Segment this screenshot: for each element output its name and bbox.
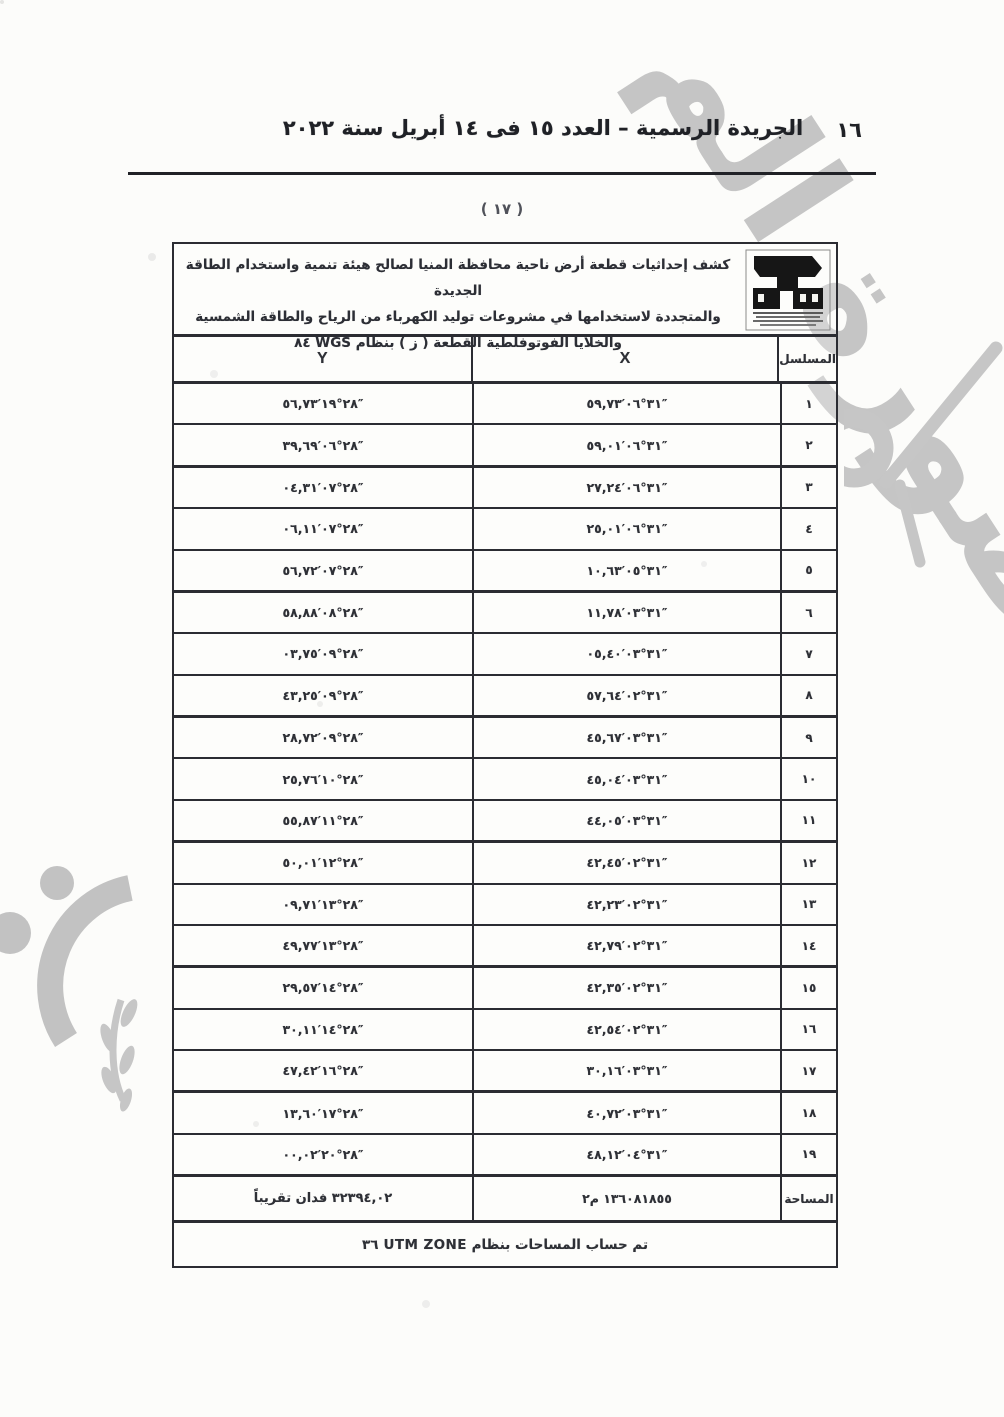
gazette-title: الجريدة الرسمية – العدد ١٥ فى ١٤ أبريل س… <box>210 116 876 140</box>
x-coordinate-cell: ٣١°٠٢′٤٢,٤٥″ <box>472 843 782 882</box>
y-coordinate-cell: ٢٨°٢٠′٠٠,٠٢″ <box>174 1135 472 1174</box>
serial-cell: ٨ <box>782 676 836 715</box>
serial-cell: ٤ <box>782 509 836 548</box>
y-coordinate-cell: ٢٨°١٩′٥٦,٧٣″ <box>174 384 472 423</box>
utm-note: تم حساب المساحات بنظام UTM ZONE ٣٦ <box>174 1220 836 1266</box>
table-row: ٢٨°١٢′٥٠,٠١″ ٣١°٠٢′٤٢,٤٥″ ١٢ <box>174 840 836 882</box>
table-body: ٢٨°١٩′٥٦,٧٣″ ٣١°٠٦′٥٩,٧٣″ ١ ٢٨°٠٦′٣٩,٦٩″… <box>174 384 836 1174</box>
x-coordinate-cell: ٣١°٠٢′٤٢,٣٥″ <box>472 968 782 1007</box>
table-row: ٢٨°١٣′٠٩,٧١″ ٣١°٠٢′٤٢,٢٣″ ١٣ <box>174 883 836 924</box>
table-row: ٢٨°١٧′١٣,٦٠″ ٣١°٠٣′٤٠,٧٢″ ١٨ <box>174 1090 836 1132</box>
y-coordinate-cell: ٢٨°١٧′١٣,٦٠″ <box>174 1093 472 1132</box>
serial-cell: ١٠ <box>782 759 836 798</box>
table-row: ٢٨°٠٧′٠٤,٣١″ ٣١°٠٦′٢٧,٢٤″ ٣ <box>174 465 836 507</box>
table-row: ٢٨°٠٨′٥٨,٨٨″ ٣١°٠٣′١١,٧٨″ ٦ <box>174 590 836 632</box>
serial-cell: ١٦ <box>782 1010 836 1049</box>
table-row: ٢٨°١٠′٢٥,٧٦″ ٣١°٠٣′٤٥,٠٤″ ١٠ <box>174 757 836 798</box>
table-title-line: كشف إحداثيات قطعة أرض ناحية محافظة المني… <box>180 252 736 304</box>
serial-cell: ١٨ <box>782 1093 836 1132</box>
table-row: ٢٨°٠٦′٣٩,٦٩″ ٣١°٠٦′٥٩,٠١″ ٢ <box>174 423 836 464</box>
x-coordinate-cell: ٣١°٠٣′٤٠,٧٢″ <box>472 1093 782 1132</box>
serial-cell: ٣ <box>782 468 836 507</box>
x-coordinate-cell: ٣١°٠٢′٤٢,٥٤″ <box>472 1010 782 1049</box>
x-coordinate-cell: ٣١°٠٤′٤٨,١٢″ <box>472 1135 782 1174</box>
table-row: ٢٨°٠٩′٢٨,٧٢″ ٣١°٠٣′٤٥,٦٧″ ٩ <box>174 715 836 757</box>
table-title-line: والخلايا الفوتوفلطية القطعة ( ز ) بنظام … <box>180 330 736 356</box>
header-divider-rule <box>128 172 876 175</box>
x-coordinate-cell: ٣١°٠٣′٤٥,٦٧″ <box>472 718 782 757</box>
x-coordinate-cell: ٣١°٠٦′٢٧,٢٤″ <box>472 468 782 507</box>
y-coordinate-cell: ٢٨°١٢′٥٠,٠١″ <box>174 843 472 882</box>
x-coordinate-cell: ٣١°٠٢′٤٢,٧٩″ <box>472 926 782 965</box>
x-coordinate-cell: ٣١°٠٦′٥٩,٠١″ <box>472 425 782 464</box>
y-coordinate-cell: ٢٨°٠٩′٠٣,٧٥″ <box>174 634 472 673</box>
serial-cell: ٥ <box>782 551 836 590</box>
serial-cell: ١٣ <box>782 885 836 924</box>
table-row: ٢٨°٢٠′٠٠,٠٢″ ٣١°٠٤′٤٨,١٢″ ١٩ <box>174 1133 836 1174</box>
x-coordinate-cell: ٣١°٠٥′١٠,٦٣″ <box>472 551 782 590</box>
area-sqm-value: ١٣٦٠٨١٨٥٥ م٢ <box>472 1177 782 1220</box>
serial-cell: ١١ <box>782 801 836 840</box>
x-coordinate-cell: ٣١°٠٢′٥٧,٦٤″ <box>472 676 782 715</box>
page-number: ١٦ <box>836 118 862 142</box>
area-row: ٣٢٣٩٤,٠٢ فدان تقريباً ١٣٦٠٨١٨٥٥ م٢ المسا… <box>174 1174 836 1220</box>
table-row: ٢٨°٠٩′٠٣,٧٥″ ٣١°٠٣′٠٥,٤٠″ ٧ <box>174 632 836 673</box>
page-header: الجريدة الرسمية – العدد ١٥ فى ١٤ أبريل س… <box>210 116 876 160</box>
y-coordinate-cell: ٢٨°٠٩′٤٣,٢٥″ <box>174 676 472 715</box>
serial-cell: ٦ <box>782 593 836 632</box>
x-coordinate-cell: ٣١°٠٣′٠٥,٤٠″ <box>472 634 782 673</box>
x-coordinate-cell: ٣١°٠٣′٣٠,١٦″ <box>472 1051 782 1090</box>
table-row: ٢٨°٠٧′٥٦,٧٢″ ٣١°٠٥′١٠,٦٣″ ٥ <box>174 549 836 590</box>
serial-cell: ١٩ <box>782 1135 836 1174</box>
serial-cell: ٩ <box>782 718 836 757</box>
serial-cell: ٧ <box>782 634 836 673</box>
y-coordinate-cell: ٢٨°٠٧′٥٦,٧٢″ <box>174 551 472 590</box>
section-marker: ( ١٧ ) <box>0 200 1004 218</box>
serial-cell: ١ <box>782 384 836 423</box>
scan-noise-specks <box>0 0 4 4</box>
authority-stamp-icon <box>744 248 832 332</box>
y-coordinate-cell: ٢٨°١٣′٤٩,٧٧″ <box>174 926 472 965</box>
x-coordinate-cell: ٣١°٠٢′٤٢,٢٣″ <box>472 885 782 924</box>
y-coordinate-cell: ٢٨°١٣′٠٩,٧١″ <box>174 885 472 924</box>
table-row: ٢٨°٠٩′٤٣,٢٥″ ٣١°٠٢′٥٧,٦٤″ ٨ <box>174 674 836 715</box>
table-title-line: والمتجددة لاستخدامها في مشروعات توليد ال… <box>180 304 736 330</box>
watermark-partial-glyph <box>844 330 1004 570</box>
table-row: ٢٨°١١′٥٥,٨٧″ ٣١°٠٣′٤٤,٠٥″ ١١ <box>174 799 836 840</box>
x-coordinate-cell: ٣١°٠٦′٢٥,٠١″ <box>472 509 782 548</box>
y-coordinate-cell: ٢٨°٠٦′٣٩,٦٩″ <box>174 425 472 464</box>
table-row: ٢٨°١٤′٢٩,٥٧″ ٣١°٠٢′٤٢,٣٥″ ١٥ <box>174 965 836 1007</box>
serial-cell: ٢ <box>782 425 836 464</box>
y-coordinate-cell: ٢٨°٠٨′٥٨,٨٨″ <box>174 593 472 632</box>
table-row: ٢٨°١٤′٣٠,١١″ ٣١°٠٢′٤٢,٥٤″ ١٦ <box>174 1008 836 1049</box>
y-coordinate-cell: ٢٨°٠٧′٠٤,٣١″ <box>174 468 472 507</box>
y-coordinate-cell: ٢٨°١٤′٣٠,١١″ <box>174 1010 472 1049</box>
coordinates-table: كشف إحداثيات قطعة أرض ناحية محافظة المني… <box>172 242 838 1268</box>
y-coordinate-cell: ٢٨°١١′٥٥,٨٧″ <box>174 801 472 840</box>
table-row: ٢٨°١٣′٤٩,٧٧″ ٣١°٠٢′٤٢,٧٩″ ١٤ <box>174 924 836 965</box>
serial-cell: ١٤ <box>782 926 836 965</box>
watermark-emblem-fragment <box>0 828 200 1208</box>
serial-cell: ١٢ <box>782 843 836 882</box>
table-title-block: كشف إحداثيات قطعة أرض ناحية محافظة المني… <box>174 244 836 337</box>
table-row: ٢٨°١٩′٥٦,٧٣″ ٣١°٠٦′٥٩,٧٣″ ١ <box>174 384 836 423</box>
x-coordinate-cell: ٣١°٠٣′٤٥,٠٤″ <box>472 759 782 798</box>
y-coordinate-cell: ٢٨°١٦′٤٧,٤٢″ <box>174 1051 472 1090</box>
x-coordinate-cell: ٣١°٠٣′١١,٧٨″ <box>472 593 782 632</box>
y-coordinate-cell: ٢٨°١٠′٢٥,٧٦″ <box>174 759 472 798</box>
table-title: كشف إحداثيات قطعة أرض ناحية محافظة المني… <box>180 252 736 356</box>
area-label: المساحة <box>782 1177 836 1220</box>
y-coordinate-cell: ٢٨°٠٧′٠٦,١١″ <box>174 509 472 548</box>
area-feddan-value: ٣٢٣٩٤,٠٢ فدان تقريباً <box>174 1177 472 1220</box>
y-coordinate-cell: ٢٨°١٤′٢٩,٥٧″ <box>174 968 472 1007</box>
column-header-serial: المسلسل <box>779 337 836 381</box>
x-coordinate-cell: ٣١°٠٦′٥٩,٧٣″ <box>472 384 782 423</box>
x-coordinate-cell: ٣١°٠٣′٤٤,٠٥″ <box>472 801 782 840</box>
table-row: ٢٨°٠٧′٠٦,١١″ ٣١°٠٦′٢٥,٠١″ ٤ <box>174 507 836 548</box>
serial-cell: ١٧ <box>782 1051 836 1090</box>
serial-cell: ١٥ <box>782 968 836 1007</box>
y-coordinate-cell: ٢٨°٠٩′٢٨,٧٢″ <box>174 718 472 757</box>
table-row: ٢٨°١٦′٤٧,٤٢″ ٣١°٠٣′٣٠,١٦″ ١٧ <box>174 1049 836 1090</box>
